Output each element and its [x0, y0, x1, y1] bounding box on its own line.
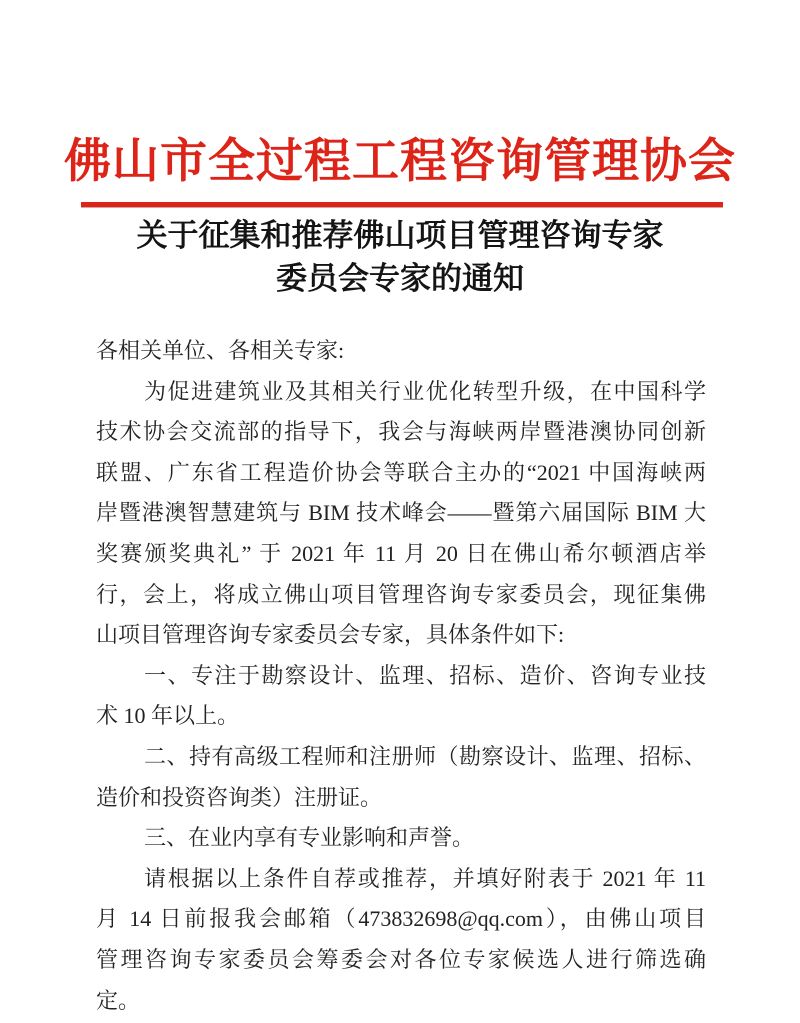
- document-title-line-1: 关于征集和推荐佛山项目管理咨询专家: [0, 214, 800, 257]
- body-line-item-3: 三、在业内享有专业影响和声誉。: [96, 818, 706, 859]
- body-line: 奖赛颁奖典礼” 于 2021 年 11 月 20 日在佛山希尔顿酒店举: [96, 534, 706, 575]
- body-line: 定。: [96, 981, 706, 1022]
- notice-body: 各相关单位、各相关专家: 为促进建筑业及其相关行业优化转型升级，在中国科学 技术…: [96, 331, 706, 1021]
- body-line: 山项目管理咨询专家委员会专家，具体条件如下:: [96, 615, 706, 656]
- body-line: 技术协会交流部的指导下，我会与海峡两岸暨港澳协同创新: [96, 412, 706, 453]
- body-line: 术 10 年以上。: [96, 696, 706, 737]
- document-title-line-2: 委员会专家的通知: [0, 257, 800, 300]
- scanned-notice-page: 佛山市全过程工程咨询管理协会 关于征集和推荐佛山项目管理咨询专家 委员会专家的通…: [0, 0, 800, 1023]
- body-line: 岸暨港澳智慧建筑与 BIM 技术峰会——暨第六届国际 BIM 大: [96, 493, 706, 534]
- body-line: 联盟、广东省工程造价协会等联合主办的“2021 中国海峡两: [96, 453, 706, 494]
- body-line: 请根据以上条件自荐或推荐，并填好附表于 2021 年 11: [96, 859, 706, 900]
- body-line: 造价和投资咨询类）注册证。: [96, 778, 706, 819]
- body-line-item-1: 一、专注于勘察设计、监理、招标、造价、咨询专业技: [96, 656, 706, 697]
- organization-title: 佛山市全过程工程咨询管理协会: [0, 124, 800, 191]
- body-line: 管理咨询专家委员会筹委会对各位专家候选人进行筛选确: [96, 940, 706, 981]
- salutation-line: 各相关单位、各相关专家:: [96, 331, 706, 372]
- document-title: 关于征集和推荐佛山项目管理咨询专家 委员会专家的通知: [0, 214, 800, 300]
- body-line-item-2: 二、持有高级工程师和注册师（勘察设计、监理、招标、: [96, 737, 706, 778]
- body-line: 行，会上，将成立佛山项目管理咨询专家委员会，现征集佛: [96, 575, 706, 616]
- body-line-email: 月 14 日前报我会邮箱（473832698@qq.com），由佛山项目: [96, 899, 706, 940]
- body-line: 为促进建筑业及其相关行业优化转型升级，在中国科学: [96, 372, 706, 413]
- red-divider-line: [81, 202, 723, 207]
